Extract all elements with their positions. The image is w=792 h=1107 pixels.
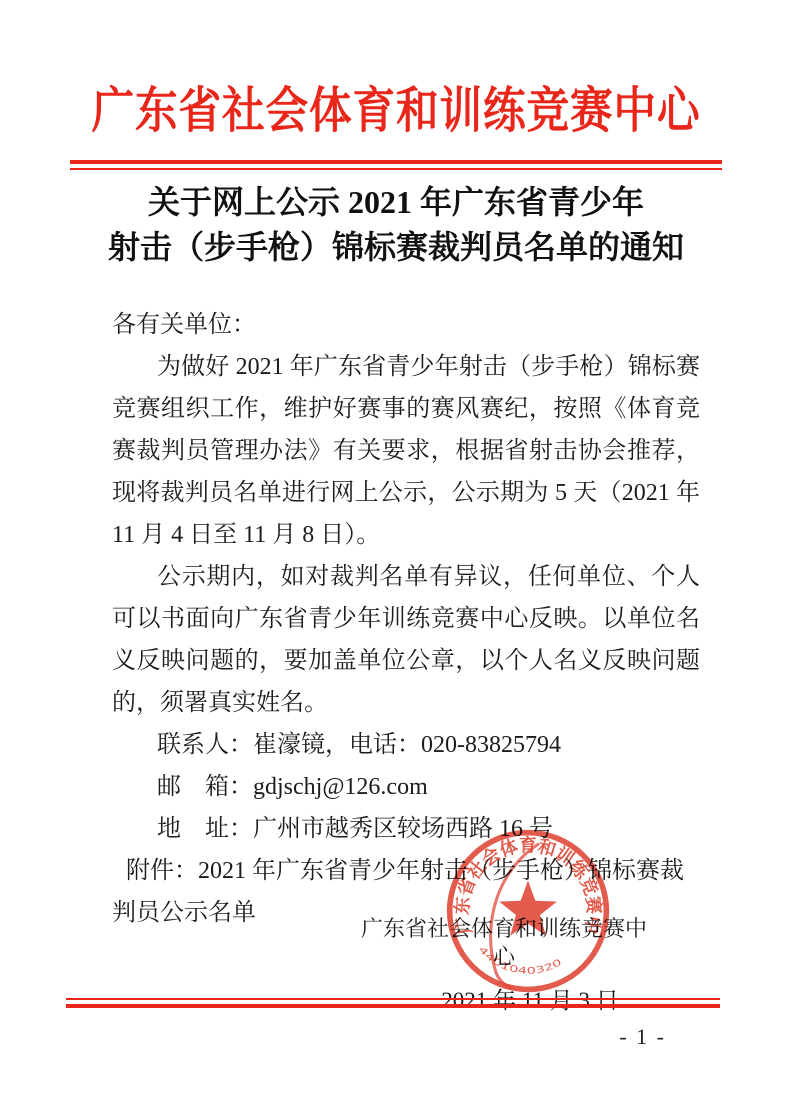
email-line: 邮 箱：gdjschj@126.com (112, 766, 700, 808)
document-body: 各有关单位： 为做好 2021 年广东省青少年射击（步手枪）锦标赛竞赛组织工作，… (112, 304, 700, 934)
signature-block: 广东省社会体育和训练竞赛中心 2021 年 11 月 3 日 (354, 915, 654, 1015)
letterhead: 广东省社会体育和训练竞赛中心 (0, 0, 792, 142)
document-title-line2: 射击（步手枪）锦标赛裁判员名单的通知 (0, 225, 792, 270)
paragraph-2: 公示期内，如对裁判名单有异议，任何单位、个人可以书面向广东省青少年训练竞赛中心反… (112, 556, 700, 724)
letterhead-rule-thick (70, 160, 722, 164)
document-title: 关于网上公示 2021 年广东省青少年 射击（步手枪）锦标赛裁判员名单的通知 (0, 180, 792, 270)
footer-rule-bottom (66, 1004, 720, 1008)
letterhead-org-name: 广东省社会体育和训练竞赛中心 (91, 72, 700, 142)
paragraph-1: 为做好 2021 年广东省青少年射击（步手枪）锦标赛竞赛组织工作，维护好赛事的赛… (112, 346, 700, 556)
signature-date: 2021 年 11 月 3 日 (380, 987, 680, 1015)
salutation: 各有关单位： (112, 304, 700, 346)
signature-org: 广东省社会体育和训练竞赛中心 (354, 915, 654, 971)
document-page: 广东省社会体育和训练竞赛中心 关于网上公示 2021 年广东省青少年 射击（步手… (0, 0, 792, 1107)
page-number: - 1 - (619, 1024, 666, 1050)
document-title-line1: 关于网上公示 2021 年广东省青少年 (0, 180, 792, 225)
address-line: 地 址：广州市越秀区较场西路 16 号 (112, 808, 700, 850)
letterhead-rule-thin (70, 168, 722, 170)
contact-person-line: 联系人：崔濠镜，电话：020-83825794 (112, 724, 700, 766)
footer-rule-top (66, 998, 720, 1000)
